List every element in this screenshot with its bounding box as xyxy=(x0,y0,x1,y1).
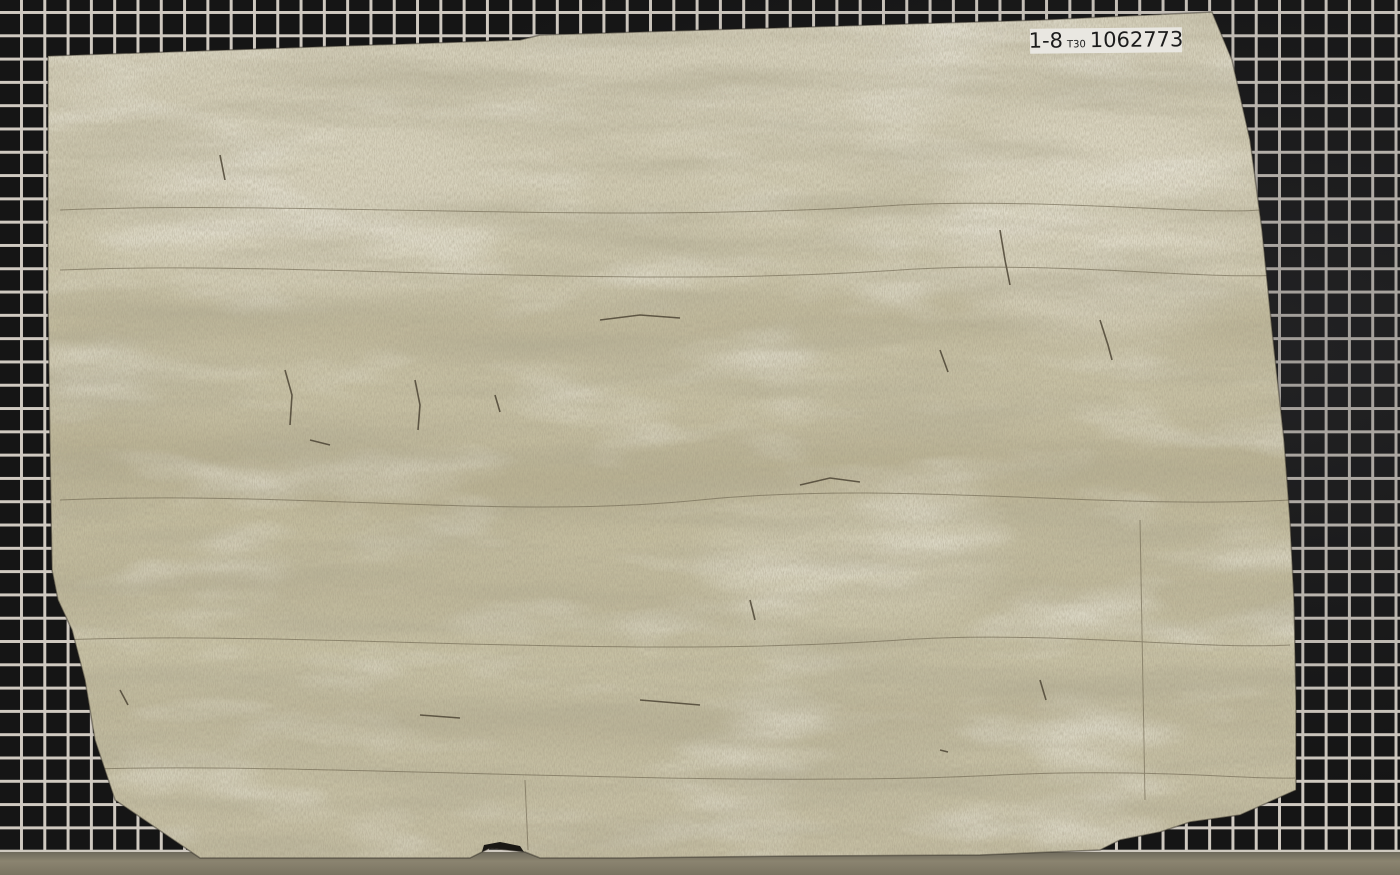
label-small-code: T30 xyxy=(1067,32,1086,57)
label-prefix: 1-8 xyxy=(1029,28,1064,53)
travertine-slab xyxy=(0,0,1400,875)
slab-pore-grain xyxy=(0,0,1400,875)
slab-id-label: 1-8 T30 1062773 xyxy=(1030,27,1182,54)
label-number: 1062773 xyxy=(1090,27,1184,53)
